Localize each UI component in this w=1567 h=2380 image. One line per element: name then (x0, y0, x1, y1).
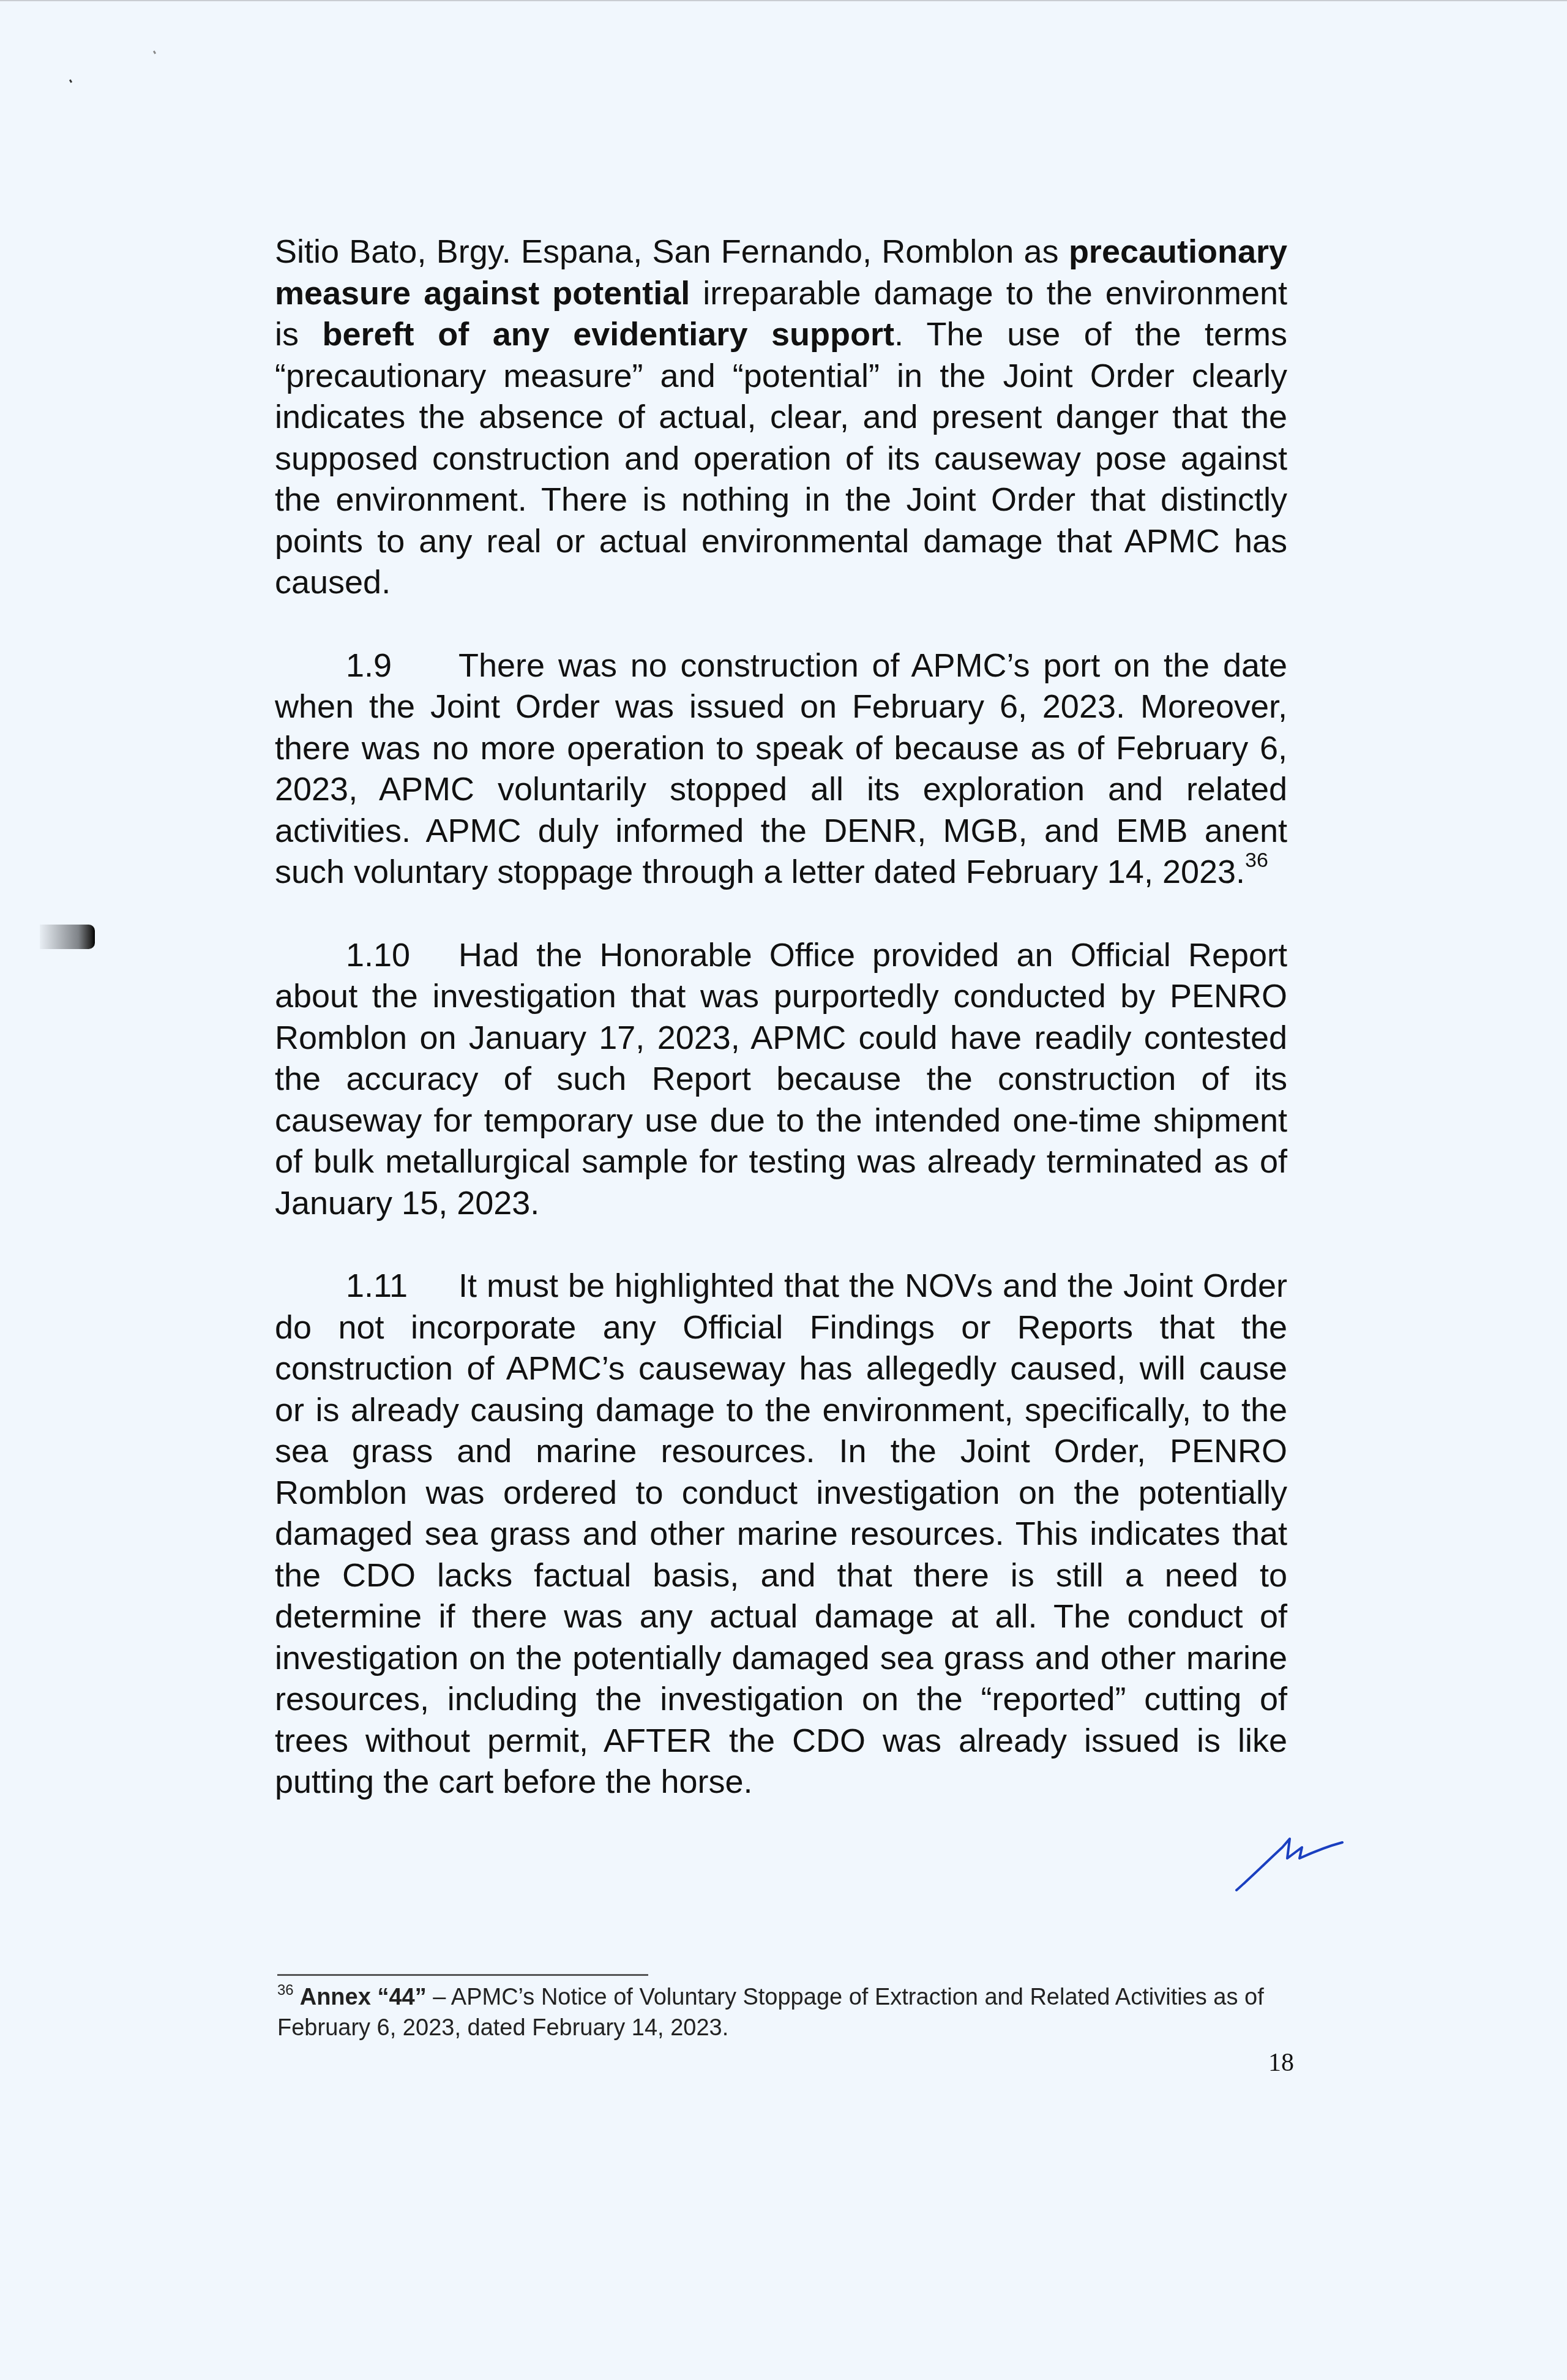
paragraph-number: 1.11 (275, 1266, 458, 1307)
page-top-edge (0, 0, 1567, 1)
paragraph-text: Had the Honorable Office provided an Off… (275, 937, 1287, 1222)
paragraph-continuation: Sitio Bato, Brgy. Espana, San Fernando, … (275, 231, 1287, 604)
footnote-separator (277, 1974, 648, 1976)
paragraph-number: 1.9 (275, 645, 458, 687)
paragraph-1-9: 1.9There was no construction of APMC’s p… (275, 645, 1287, 893)
paragraph-number: 1.10 (275, 935, 458, 977)
scan-speck (153, 51, 156, 54)
footnote-number: 36 (277, 1982, 294, 1999)
paragraph-1-11: 1.11It must be highlighted that the NOVs… (275, 1266, 1287, 1803)
para-segment-bold: bereft of any evidentiary support (323, 316, 894, 353)
footnote-annex-label: Annex “44” (300, 1984, 427, 2010)
footnote-36: 36Annex “44” – APMC’s Notice of Voluntar… (277, 1982, 1293, 2043)
page-number: 18 (1268, 2048, 1294, 2078)
para-segment: Sitio Bato, Brgy. Espana, San Fernando, … (275, 233, 1069, 270)
paragraph-1-10: 1.10Had the Honorable Office provided an… (275, 935, 1287, 1225)
para-segment: . The use of the terms “precautionary me… (275, 316, 1287, 601)
signature-initials-icon (1233, 1834, 1350, 1895)
footnote-reference[interactable]: 36 (1245, 849, 1268, 872)
scan-speck (69, 80, 72, 83)
paragraph-text: It must be highlighted that the NOVs and… (275, 1267, 1287, 1800)
document-body: Sitio Bato, Brgy. Espana, San Fernando, … (275, 231, 1287, 1845)
binder-tab-mark (40, 925, 95, 949)
